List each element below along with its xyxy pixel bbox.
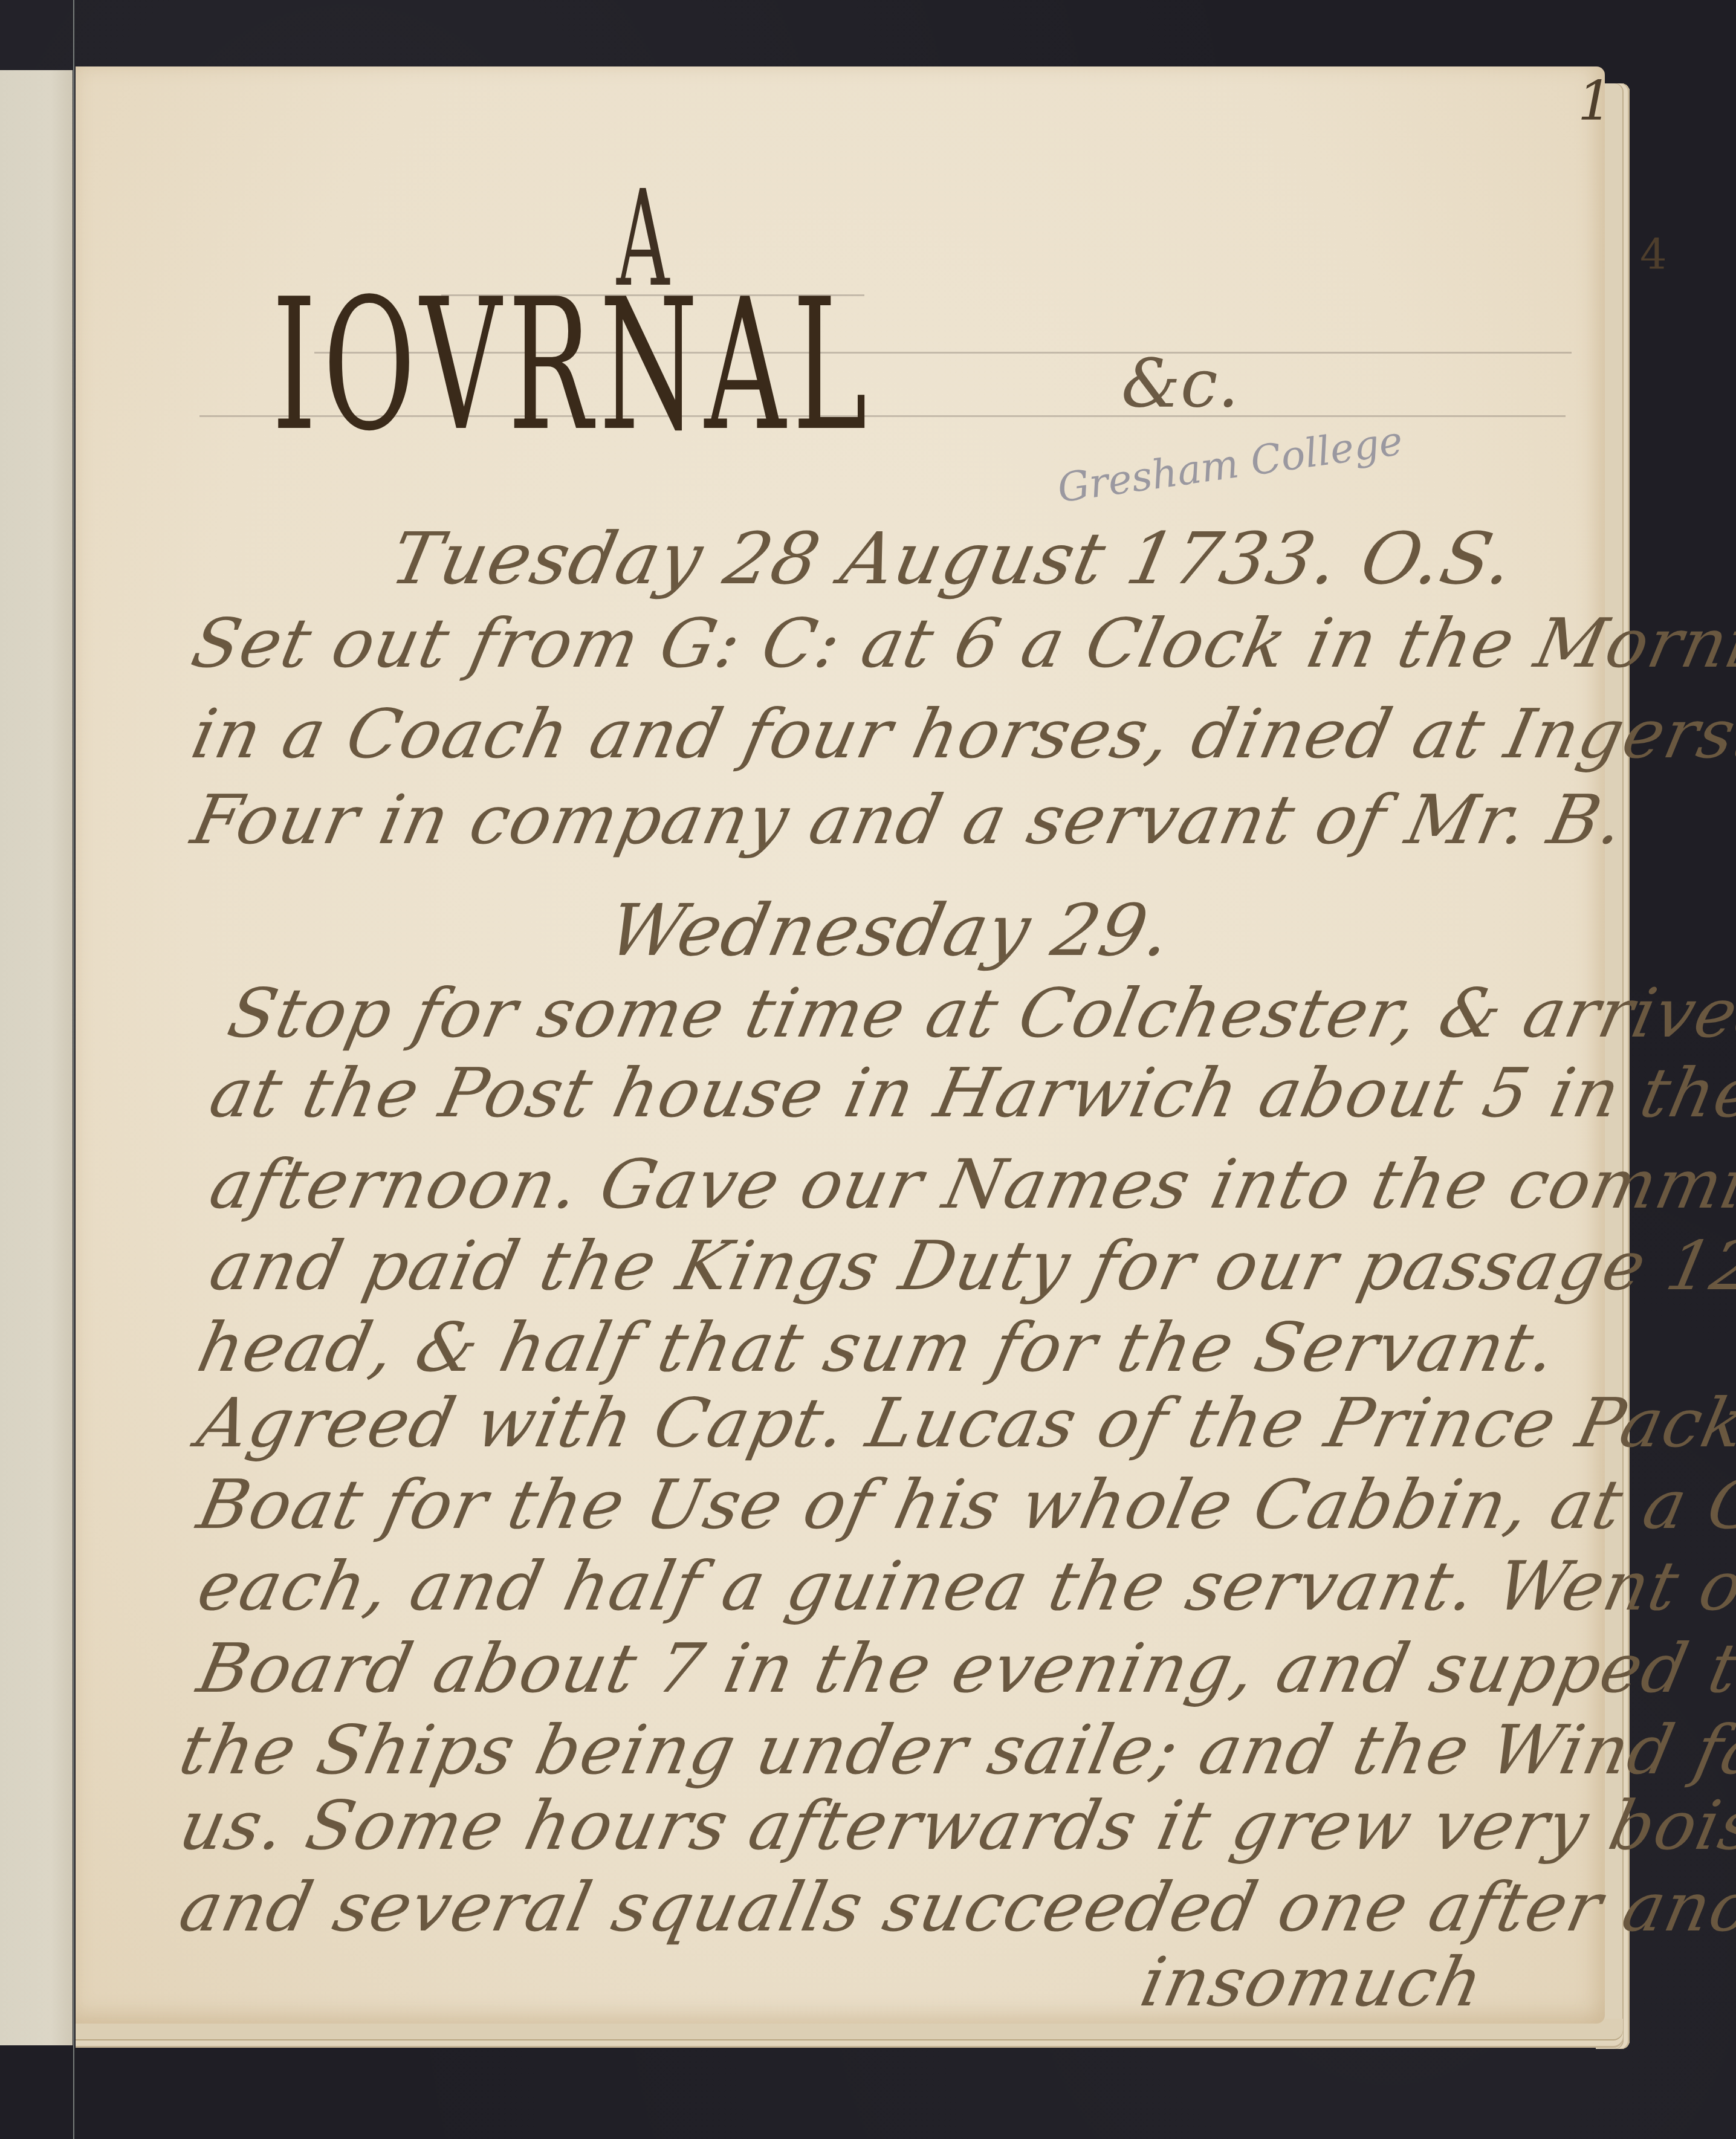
entry-line: Set out from G: C: at 6 a Clock in the M… [185,604,1736,683]
entry-line: in a Coach and four horses, dined at Ing… [185,695,1736,774]
folio-number: 1 [1578,70,1612,133]
entry-line: head, & half that sum for the Servant. [191,1309,1564,1387]
entry-line: afternoon. Gave our Names into the commi… [203,1145,1736,1224]
entry-line: Boat for the Use of his whole Cabbin, at… [191,1466,1736,1544]
entry-line: us. Some hours afterwards it grew very b… [173,1787,1736,1865]
entry-line: at the Post house in Harwich about 5 in … [203,1054,1736,1133]
entry-line: Stop for some time at Colchester, & arri… [221,974,1736,1053]
glass-plate-edge [73,0,74,2139]
catchword: insomuch [1134,1943,1491,2022]
entry-heading: Tuesday 28 August 1733. O.S. [384,517,1522,600]
entry-line: and several squalls succeeded one after … [173,1868,1736,1947]
title-suffix: &c. [1121,345,1239,422]
page-title: IOVRNAL [272,275,874,456]
entry-line: Four in company and a servant of Mr. B. [185,781,1631,859]
entry-heading: Wednesday 29. [601,888,1179,972]
entry-line: each, and half a guinea the servant. Wen… [191,1547,1736,1626]
entry-line: Agreed with Capt. Lucas of the Prince Pa… [191,1384,1736,1463]
facing-page-edge [0,70,73,2045]
page-edge-mark: 4 [1640,230,1667,279]
entry-line: the Ships being under saile; and the Win… [173,1711,1736,1790]
entry-line: and paid the Kings Duty for our passage … [203,1227,1736,1306]
entry-line: Board about 7 in the evening, and supped… [191,1629,1736,1708]
